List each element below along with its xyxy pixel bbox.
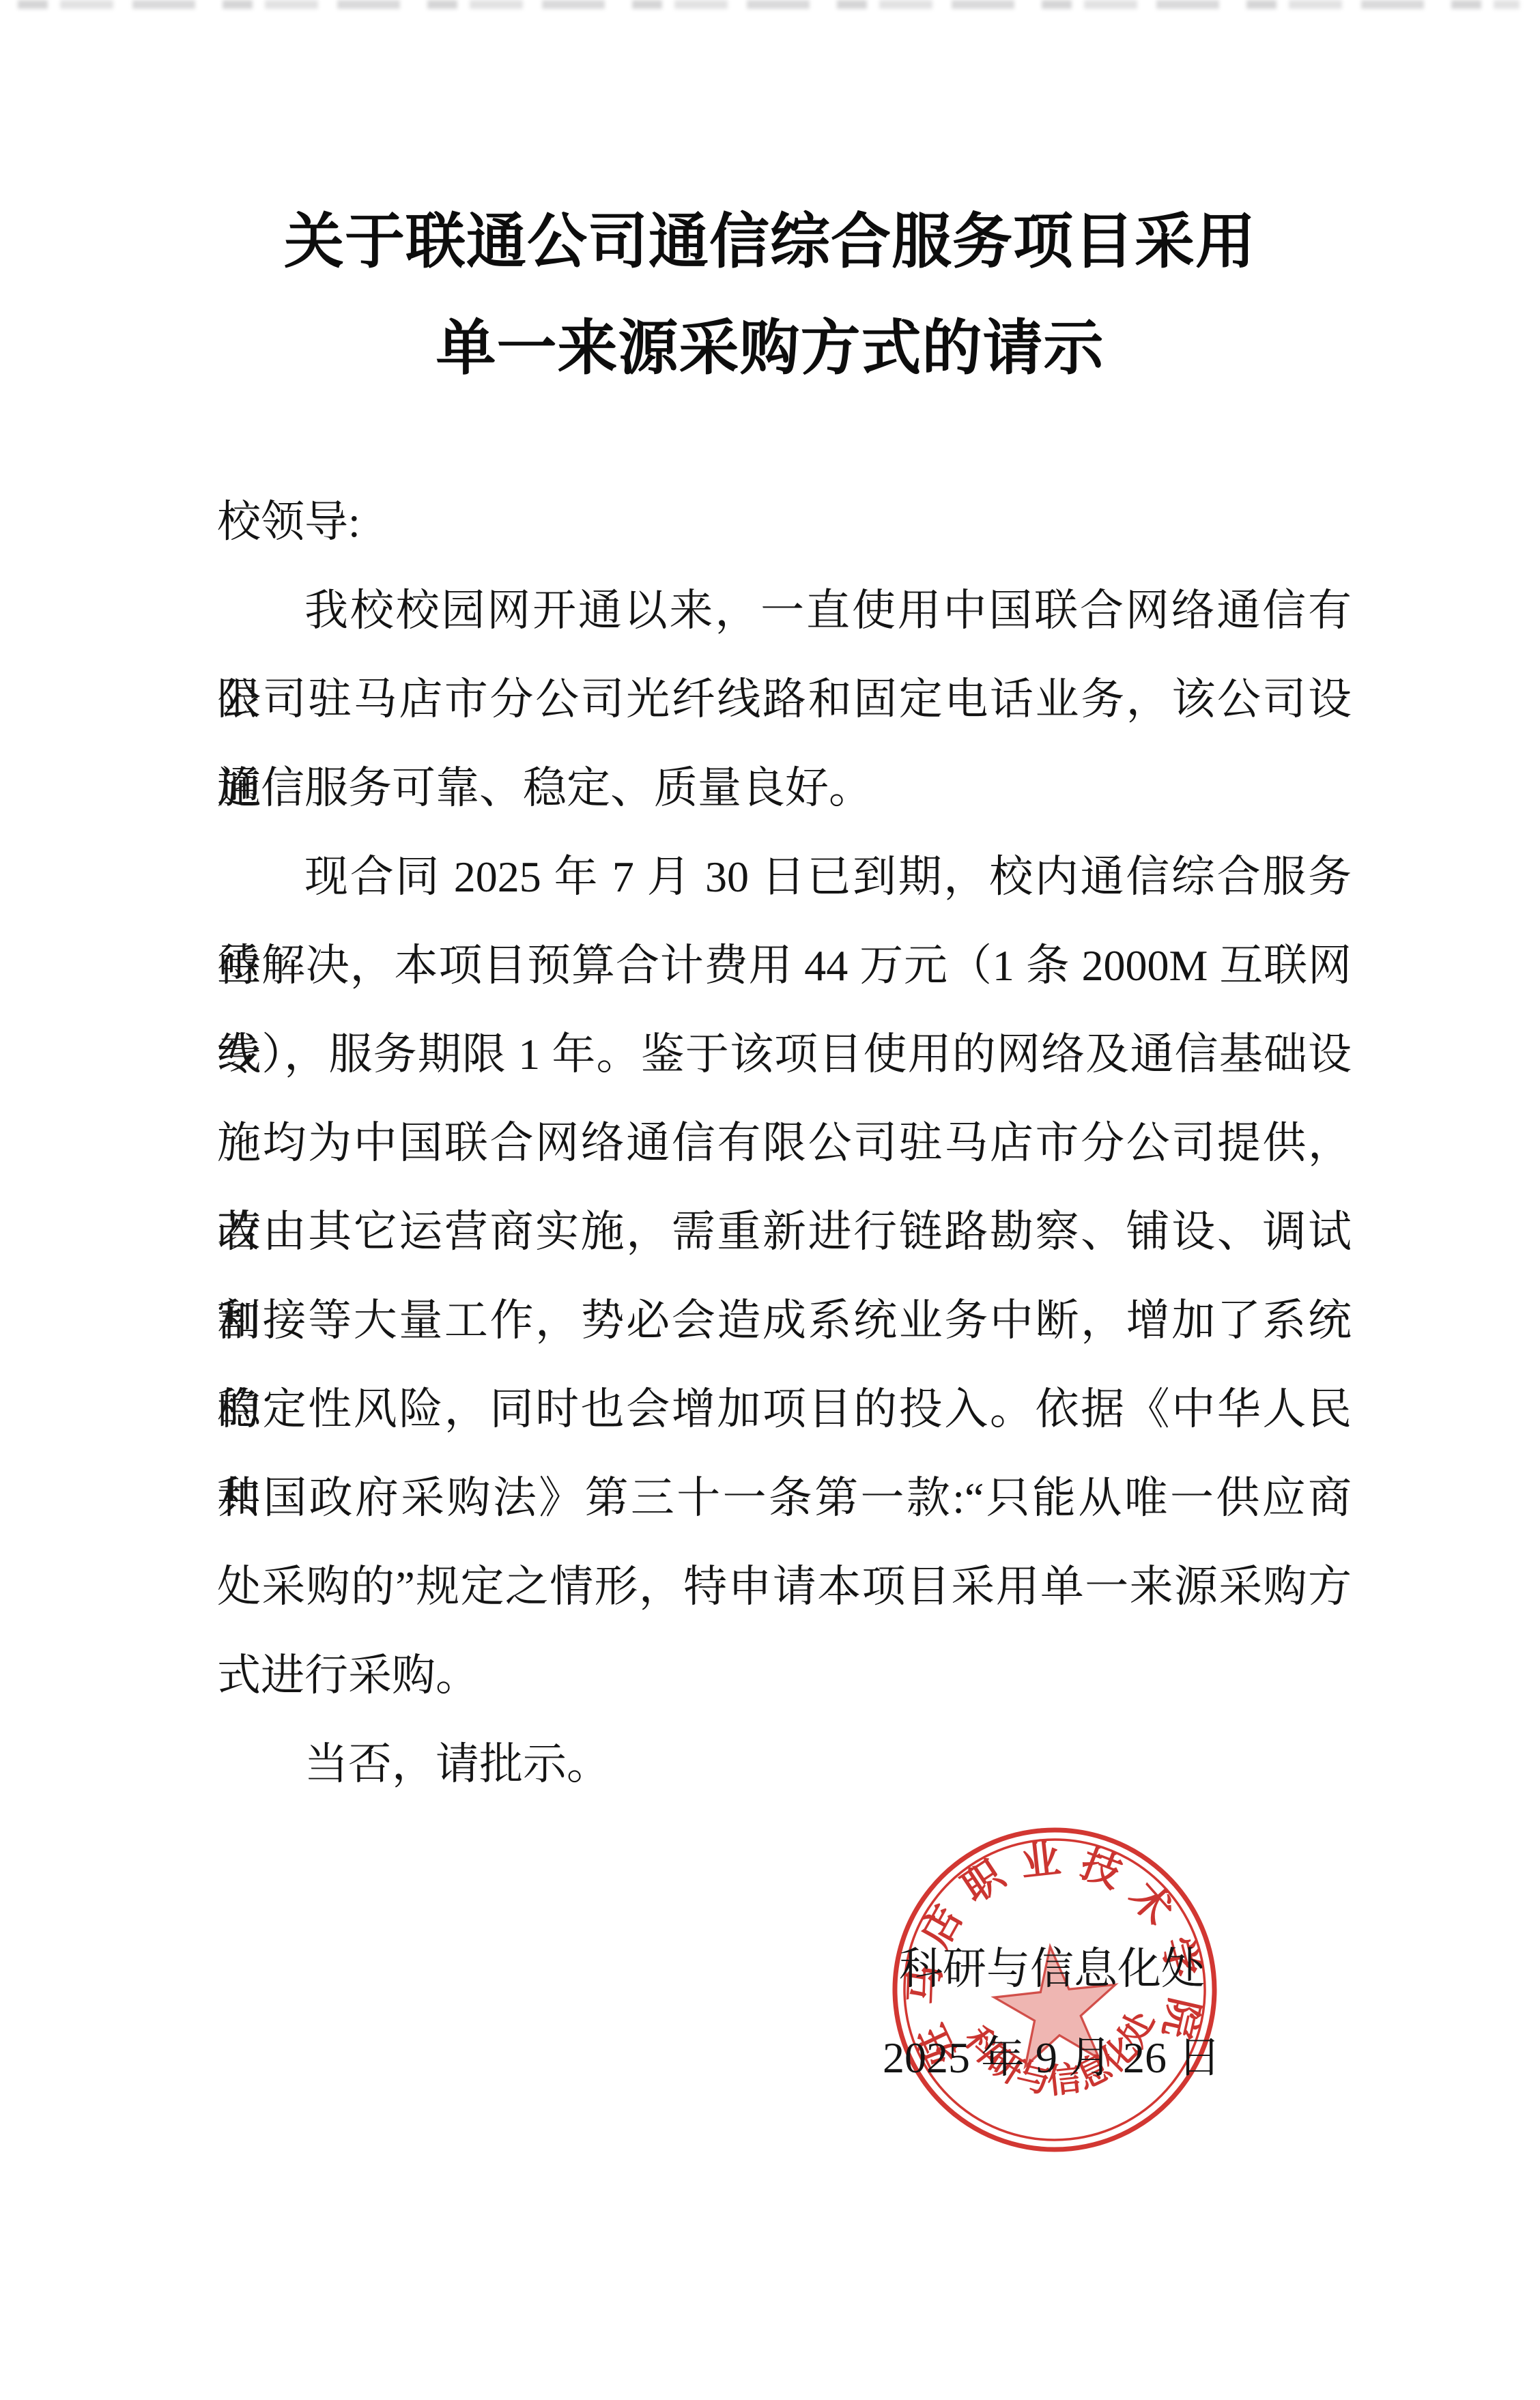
scan-cutoff-artifact	[18, 0, 1520, 9]
body-line: 改由其它运营商实施，需重新进行链路勘察、铺设、调试和	[217, 1188, 1352, 1276]
letter-body: 校领导: 我校校园网开通以来，一直使用中国联合网络通信有限 公司驻马店市分公司光…	[217, 478, 1352, 1809]
body-line: 稳定性风险，同时也会增加项目的投入。依据《中华人民共	[217, 1365, 1352, 1454]
request-letter-page: { "document": { "title": { "line1": "关于联…	[0, 0, 1540, 2400]
signature-date: 2025 年 9 月 26 日	[879, 2014, 1225, 2102]
body-line: 和国政府采购法》第三十一条第一款:“只能从唯一供应商	[217, 1454, 1352, 1543]
body-line: 线），服务期限 1 年。鉴于该项目使用的网络及通信基础设	[217, 1010, 1352, 1099]
document-title: 关于联通公司通信综合服务项目采用 单一来源采购方式的请示	[0, 190, 1540, 403]
body-line: 割接等大量工作，势必会造成系统业务中断，增加了系统的	[217, 1276, 1352, 1365]
body-line: 待解决，本项目预算合计费用 44 万元（1 条 2000M 互联网专	[217, 922, 1352, 1010]
body-line: 我校校园网开通以来，一直使用中国联合网络通信有限	[217, 567, 1352, 655]
signature-department: 科研与信息化处	[879, 1925, 1225, 2014]
body-line: 现合同 2025 年 7 月 30 日已到期，校内通信综合服务亟	[217, 833, 1352, 922]
body-line: 通信服务可靠、稳定、质量良好。	[217, 744, 1352, 833]
document-title-line-2: 单一来源采购方式的请示	[0, 296, 1540, 403]
body-line: 公司驻马店市分公司光纤线路和固定电话业务，该公司设施	[217, 655, 1352, 744]
document-title-line-1: 关于联通公司通信综合服务项目采用	[0, 190, 1540, 296]
salutation: 校领导:	[217, 478, 1352, 567]
body-line: 处采购的”规定之情形，特申请本项目采用单一来源采购方	[217, 1543, 1352, 1631]
signature-block: 科研与信息化处 2025 年 9 月 26 日	[879, 1925, 1225, 2102]
body-line: 施均为中国联合网络通信有限公司驻马店市分公司提供，若	[217, 1099, 1352, 1188]
closing-line: 当否，请批示。	[217, 1720, 1352, 1809]
body-line: 式进行采购。	[217, 1631, 1352, 1720]
